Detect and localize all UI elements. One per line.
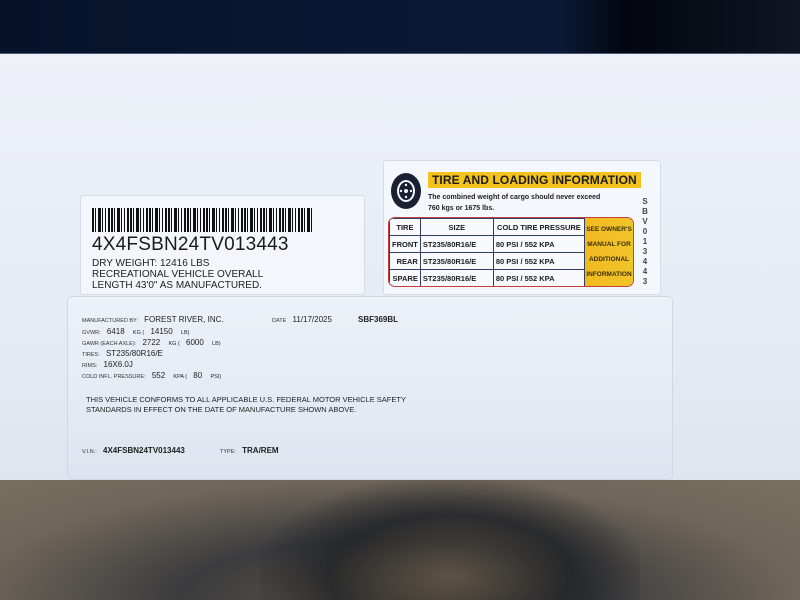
tire-size: ST235/80R16/E	[420, 253, 493, 270]
rims-key: RIMS:	[82, 363, 97, 369]
owners-note-line: INFORMATION	[586, 267, 631, 282]
vertical-code-char: 3	[640, 277, 650, 287]
tires-value: ST235/80R16/E	[106, 349, 163, 358]
note-line-1: The combined weight of cargo should neve…	[428, 192, 600, 203]
date-row: DATE 11/17/2025	[272, 315, 338, 324]
certification-label: MANUFACTURED BY: FOREST RIVER, INC. DATE…	[68, 297, 672, 479]
vertical-code-char: V	[640, 217, 650, 227]
ground-shadow	[260, 480, 640, 600]
vertical-code-char: S	[640, 197, 650, 207]
tire-icon	[390, 172, 422, 210]
unit-lb: LB)	[212, 341, 221, 347]
vertical-code-char: 4	[640, 267, 650, 277]
cargo-weight-note: The combined weight of cargo should neve…	[428, 192, 600, 214]
gawr-key: GAWR (EACH AXLE):	[82, 341, 136, 347]
owners-note-line: ADDITIONAL	[589, 252, 629, 267]
tire-pressure: 80 PSI / 552 KPA	[493, 236, 584, 253]
vertical-code-char: 3	[640, 247, 650, 257]
gawr-lb: 6000	[186, 338, 204, 347]
pressure-psi: 80	[193, 371, 202, 380]
header-pressure: COLD TIRE PRESSURE	[493, 219, 584, 236]
date-key: DATE	[272, 318, 286, 324]
vin-row: V.I.N.: 4X4FSBN24TV013443	[82, 446, 191, 455]
table-row: SPARE ST235/80R16/E 80 PSI / 552 KPA	[390, 270, 585, 287]
unit-kg: KG (	[168, 341, 179, 347]
pressure-key: COLD INFL. PRESSURE:	[82, 374, 146, 380]
gawr-row: GAWR (EACH AXLE): 2722 KG ( 6000 LB)	[82, 338, 225, 347]
tires-key: TIRES:	[82, 352, 100, 358]
owners-note-line: SEE OWNER'S	[586, 222, 632, 237]
header-size: SIZE	[420, 219, 493, 236]
gawr-kg: 2722	[142, 338, 160, 347]
type-key: TYPE:	[220, 449, 236, 455]
vin-number: 4X4FSBN24TV013443	[92, 234, 289, 256]
cert-vin: 4X4FSBN24TV013443	[103, 446, 185, 455]
table-row: FRONT ST235/80R16/E 80 PSI / 552 KPA	[390, 236, 585, 253]
unit-psi: PSI)	[210, 374, 221, 380]
vehicle-type: TRA/REM	[242, 446, 278, 455]
gvwr-key: GVWR:	[82, 330, 101, 336]
conform-line-2: STANDARDS IN EFFECT ON THE DATE OF MANUF…	[86, 405, 406, 415]
tire-position: FRONT	[390, 236, 421, 253]
manufacturer: FOREST RIVER, INC.	[144, 315, 223, 324]
tire-pressure-table: TIRE SIZE COLD TIRE PRESSURE FRONT ST235…	[389, 218, 585, 287]
dark-trim-strip	[0, 0, 800, 53]
tire-position: SPARE	[390, 270, 421, 287]
unit-kpa: KPA (	[173, 374, 187, 380]
manufactured-by-key: MANUFACTURED BY:	[82, 318, 138, 324]
vin-key: V.I.N.:	[82, 449, 97, 455]
table-row: REAR ST235/80R16/E 80 PSI / 552 KPA	[390, 253, 585, 270]
tire-loading-label: TIRE AND LOADING INFORMATION The combine…	[384, 161, 660, 294]
tire-table-frame: TIRE SIZE COLD TIRE PRESSURE FRONT ST235…	[388, 217, 634, 287]
vertical-code-char: B	[640, 207, 650, 217]
length-line-1: RECREATIONAL VEHICLE OVERALL	[92, 269, 263, 280]
unit-lb: LB)	[181, 330, 190, 336]
gvwr-lb: 14150	[150, 327, 172, 336]
vin-barcode-label: 4X4FSBN24TV013443 DRY WEIGHT: 12416 LBS …	[81, 196, 364, 294]
length-line-2: LENGTH 43'0" AS MANUFACTURED.	[92, 280, 262, 291]
conformance-statement: THIS VEHICLE CONFORMS TO ALL APPLICABLE …	[86, 395, 406, 415]
tire-pressure: 80 PSI / 552 KPA	[493, 270, 584, 287]
model-code: SBF369BL	[358, 315, 398, 324]
tire-label-title: TIRE AND LOADING INFORMATION	[428, 172, 641, 188]
rims-value: 16X6.0J	[104, 360, 133, 369]
dry-weight: DRY WEIGHT: 12416 LBS	[92, 258, 209, 269]
note-line-2: 760 kgs or 1675 lbs.	[428, 203, 600, 214]
tire-pressure: 80 PSI / 552 KPA	[493, 253, 584, 270]
owners-note-line: MANUAL FOR	[587, 237, 631, 252]
pressure-row: COLD INFL. PRESSURE: 552 KPA ( 80 PSI)	[82, 371, 225, 380]
unit-kg: KG (	[133, 330, 144, 336]
vertical-code-char: 1	[640, 237, 650, 247]
pressure-kpa: 552	[152, 371, 165, 380]
tire-position: REAR	[390, 253, 421, 270]
tire-size: ST235/80R16/E	[420, 270, 493, 287]
gvwr-row: GVWR: 6418 KG ( 14150 LB)	[82, 327, 194, 336]
vertical-serial-code: SBV013443	[640, 197, 650, 287]
rims-row: RIMS: 16X6.0J	[82, 360, 139, 369]
barcode	[92, 208, 312, 232]
owners-manual-note: SEE OWNER'S MANUAL FOR ADDITIONAL INFORM…	[585, 218, 633, 286]
header-tire: TIRE	[390, 219, 421, 236]
vertical-code-char: 0	[640, 227, 650, 237]
conform-line-1: THIS VEHICLE CONFORMS TO ALL APPLICABLE …	[86, 395, 406, 405]
manufacture-date: 11/17/2025	[293, 315, 332, 324]
vertical-code-char: 4	[640, 257, 650, 267]
type-row: TYPE: TRA/REM	[220, 446, 285, 455]
tire-size: ST235/80R16/E	[420, 236, 493, 253]
tires-row: TIRES: ST235/80R16/E	[82, 349, 169, 358]
gvwr-kg: 6418	[107, 327, 125, 336]
manufacturer-row: MANUFACTURED BY: FOREST RIVER, INC.	[82, 315, 230, 324]
